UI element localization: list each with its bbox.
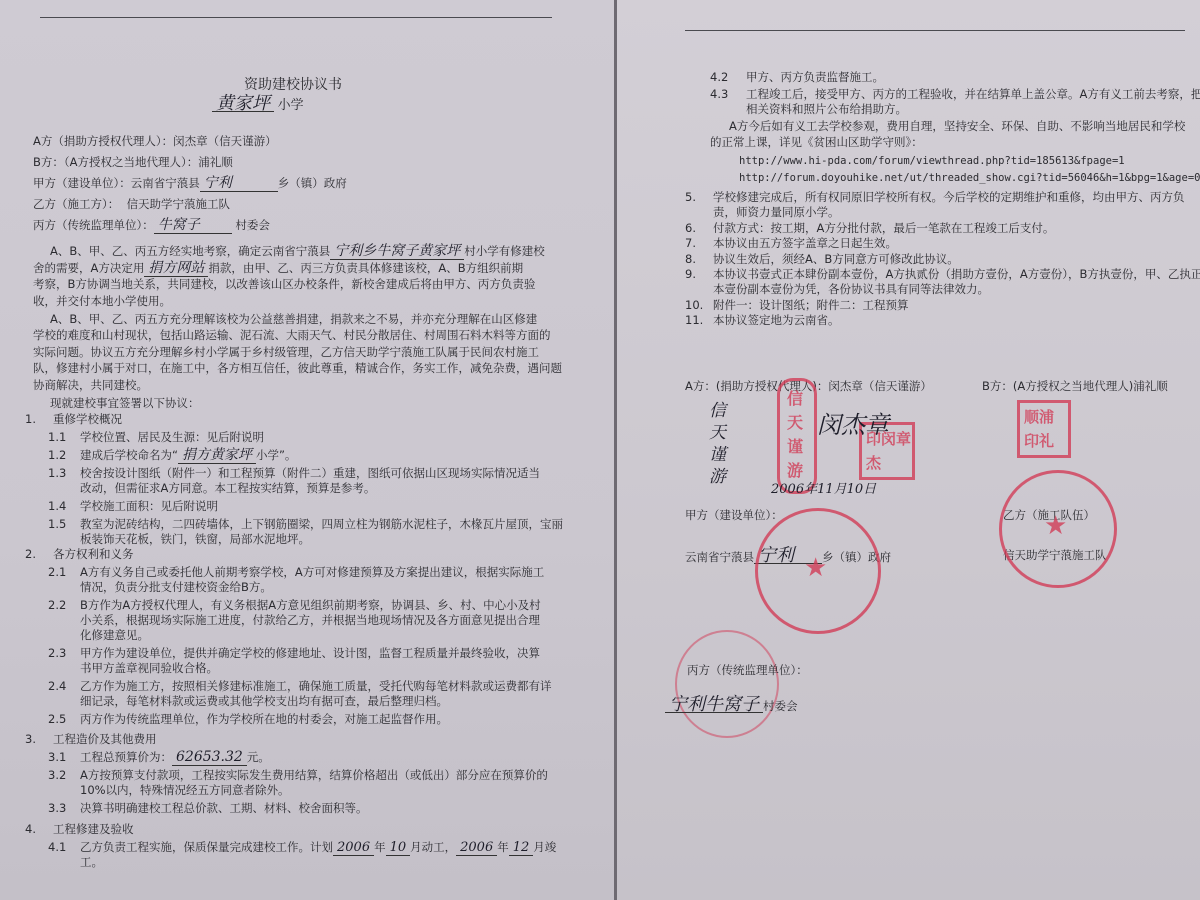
left-page: 资助建校协议书 黄家坪 小学 A方（捐助方授权代理人）：闵杰章（信天谨游） B方… xyxy=(0,0,615,900)
school-name-line: 黄家坪 小学 xyxy=(212,96,304,113)
seal-yi-round: ★ xyxy=(999,470,1117,588)
clause-line: 改动，但需征求A方同意。本工程按实结算，预算是参考。 xyxy=(80,481,375,496)
clause-line: 小关系，根据现场实际施工进度，付款给乙方，并根据当地现场情况及各方面意见提出合理 xyxy=(80,613,540,628)
header-rule xyxy=(40,17,552,18)
intro-line: 舍的需要，A方决定用捐方网站捐款，由甲、乙、丙三方负责具体修建该校，A、B方组织… xyxy=(33,261,523,277)
clause-line: 相关资料和照片公布给捐助方。 xyxy=(746,102,907,117)
section-heading: 4.工程修建及验收 xyxy=(25,822,134,837)
sig-jia-label: 甲方（建设单位）： xyxy=(685,508,783,523)
clause-item: 3.1工程总预算价为：62653.32元。 xyxy=(48,750,270,766)
clause-line: 板装饰天花板，铁门，铁窗，局部水泥地坪。 xyxy=(80,532,310,547)
seal-bing-round xyxy=(675,630,779,738)
intro-line: 现就建校事宜签署以下协议： xyxy=(50,396,200,411)
party-bing: 丙方（传统监理单位）：牛窝子 村委会 xyxy=(33,218,270,234)
clause-item: 9.本协议书壹式正本肆份副本壹份，A方执贰份（捐助方壹份，A方壹份），B方执壹份… xyxy=(685,267,1200,282)
clause-item: 1.4学校施工面积：见后附说明 xyxy=(48,499,218,514)
clause-item: 1.3校舍按设计图纸（附件一）和工程预算（附件二）重建，图纸可依据山区现场实际情… xyxy=(48,466,540,481)
clause-item: 2.2B方作为A方授权代理人，有义务根据A方意见组织前期考察，协调县、乡、村、中… xyxy=(48,598,541,613)
sig-date-handwritten: 2006年11月10日 xyxy=(771,482,876,497)
intro-line: 考察，B方协调当地关系，共同建校，以改善该山区办校条件，新校舍建成后将由甲方、丙… xyxy=(33,277,535,292)
clause-line: 情况，负责分批支付建校资金给B方。 xyxy=(80,580,272,595)
school-suffix: 小学 xyxy=(278,98,304,113)
clause-line: 工。 xyxy=(80,855,103,870)
clause-item: 2.5丙方作为传统监理单位，作为学校所在地的村委会，对施工起监督作用。 xyxy=(48,712,448,727)
section-heading: 2.各方权利和义务 xyxy=(25,547,134,562)
clause-item: 8.协议生效后，须经A、B方同意方可修改此协议。 xyxy=(685,252,959,267)
section-heading: 1.重修学校概况 xyxy=(25,412,122,427)
intro-line: 队，修建村小属于对口，在施工中，各方相互信任，彼此尊重，精诚合作，务实工作，减免… xyxy=(33,361,562,376)
document-title: 资助建校协议书 xyxy=(244,78,342,93)
section-heading: 3.工程造价及其他费用 xyxy=(25,732,157,747)
right-page: 4.2甲方、丙方负责监督施工。4.3工程竣工后，接受甲方、丙方的工程验收，并在结… xyxy=(617,0,1200,900)
url-link[interactable]: http://www.hi-pda.com/forum/viewthread.p… xyxy=(739,154,1125,169)
clause-item: 10.附件一：设计图纸；附件二：工程预算 xyxy=(685,298,909,313)
intro-line: 协商解决，共同建校。 xyxy=(33,378,148,393)
party-jia: 甲方（建设单位）：云南省宁蒗县宁利乡（镇）政府 xyxy=(33,176,347,192)
school-name-handwritten: 黄家坪 xyxy=(212,96,274,112)
url-link[interactable]: http://forum.doyouhike.net/ut/threaded_s… xyxy=(739,171,1200,186)
party-yi: 乙方（施工方）： 信天助学宁蒗施工队 xyxy=(33,197,230,212)
intro-line: 收，并交付本地小学使用。 xyxy=(33,294,171,309)
sig-bing-line: 宁利牛窝子村委会 xyxy=(665,697,798,714)
seal-jia-round: ★ xyxy=(755,508,881,634)
clause-item: 1.1学校位置、居民及生源：见后附说明 xyxy=(48,430,264,445)
party-b: B方：（A方授权之当地代理人）：浦礼顺 xyxy=(33,155,233,170)
clause-line: 细记录，每笔材料款或运费或其他学校支出均有据可查，最后整理归档。 xyxy=(80,694,448,709)
clause-line: 书甲方盖章视同验收合格。 xyxy=(80,661,218,676)
clause-item: 2.1A方有义务自己或委托他人前期考察学校，A方可对修建预算及方案提出建议，根据… xyxy=(48,565,544,580)
clause-item: 3.2A方按预算支付款项，工程按实际发生费用结算，结算价格超出（或低出）部分应在… xyxy=(48,768,548,783)
clause-item: 4.3工程竣工后，接受甲方、丙方的工程验收，并在结算单上盖公章。A方有义工前去考… xyxy=(710,87,1200,102)
intro-line: A、B、甲、乙、丙五方经实地考察，确定云南省宁蒗县宁利乡牛窝子黄家坪村小学有修建… xyxy=(50,244,545,260)
seal-b-square: 顺浦印礼 xyxy=(1017,400,1071,458)
clause-item: 5.学校修建完成后，所有权同原旧学校所有权。今后学校的定期维护和重修，均由甲方、… xyxy=(685,190,1185,205)
party-a: A方（捐助方授权代理人）：闵杰章（信天谨游） xyxy=(33,134,277,149)
paragraph-line: 的正常上课，详见《贫困山区助学守则》： xyxy=(710,135,923,150)
sig-b-label: B方：(A方授权之当地代理人)浦礼顺 xyxy=(982,379,1168,394)
header-rule-right xyxy=(685,30,1185,31)
clause-item: 2.3甲方作为建设单位，提供并确定学校的修建地址、设计图，监督工程质量并最终验收… xyxy=(48,646,540,661)
clause-line: 责，师资力量同原小学。 xyxy=(713,205,840,220)
clause-item: 2.4乙方作为施工方，按照相关修建标准施工，确保施工质量，受托代购每笔材料款或运… xyxy=(48,679,552,694)
clause-item: 3.3决算书明确建校工程总价款、工期、材料、校舍面积等。 xyxy=(48,801,368,816)
clause-line: 10%以内，特殊情况经五方同意者除外。 xyxy=(80,783,290,798)
star-icon: ★ xyxy=(1044,511,1067,541)
star-icon: ★ xyxy=(804,553,827,583)
clause-line: 化修建意见。 xyxy=(80,628,149,643)
intro-line: 实际问题。协议五方充分理解乡村小学属于乡村级管理，乙方信天助学宁蒗施工队属于民间… xyxy=(33,345,539,360)
sig-a-vertical-handwritten: 信天谨游 xyxy=(709,400,727,488)
sig-bing-label: 丙方（传统监理单位）： xyxy=(687,663,808,678)
clause-line: 本壹份副本壹份为凭，各份协议书具有同等法律效力。 xyxy=(713,282,989,297)
clause-item: 6.付款方式：按工期，A方分批付款，最后一笔款在工程竣工后支付。 xyxy=(685,221,1054,236)
clause-item: 11.本协议签定地为云南省。 xyxy=(685,313,840,328)
clause-item: 4.2甲方、丙方负责监督施工。 xyxy=(710,70,884,85)
clause-item: 7.本协议由五方签字盖章之日起生效。 xyxy=(685,236,897,251)
intro-line: A、B、甲、乙、丙五方充分理解该校为公益慈善捐建，捐款来之不易，并亦充分理解在山… xyxy=(50,312,537,327)
paragraph-line: A方今后如有义工去学校参观，费用自理，坚持安全、环保、自助、不影响当地居民和学校 xyxy=(729,119,1185,134)
sig-a-name-handwritten: 闵杰章 xyxy=(817,418,889,433)
intro-line: 学校的难度和山村现状，包括山路运输、泥石流、大雨天气、村民分散居住、村周围石料木… xyxy=(33,328,551,343)
clause-item: 4.1乙方负责工程实施，保质保量完成建校工作。计划2006年10月动工，2006… xyxy=(48,840,556,856)
seal-a-oval: 信天谨游 xyxy=(777,378,817,494)
clause-item: 1.5教室为泥砖结构，二四砖墙体，上下钢筋圈梁，四周立柱为钢筋水泥柱子，木椽瓦片… xyxy=(48,517,563,532)
clause-item: 1.2建成后学校命名为“捐方黄家坪小学”。 xyxy=(48,448,296,464)
